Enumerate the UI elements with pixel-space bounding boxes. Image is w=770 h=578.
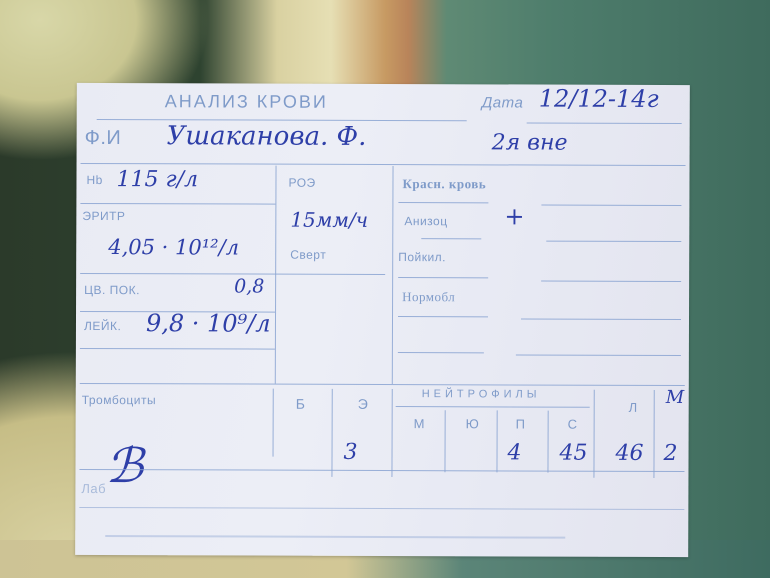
leukocytes-value: 9,8 · 10⁹/л	[146, 309, 271, 337]
platelets-label: Тромбоциты	[82, 393, 156, 407]
clotting-label: Сверт	[290, 248, 326, 262]
form-title: АНАЛИЗ КРОВИ	[165, 91, 328, 113]
bottom-label: Лаб	[81, 481, 106, 496]
formula-value-mono: 2	[663, 441, 677, 466]
anisocytosis-label: Анизоц	[404, 214, 447, 228]
formula-key-l: Л	[629, 400, 638, 415]
formula-key-mono: М	[666, 387, 685, 408]
formula-key-b: Б	[296, 396, 306, 412]
hb-label: Нb	[86, 173, 102, 187]
formula-key-e: Э	[358, 396, 369, 412]
anisocytosis-value: +	[504, 202, 524, 230]
date-label: Дата	[482, 94, 524, 111]
patient-name: Ушаканова. Ф.	[167, 121, 367, 152]
formula-value-l: 46	[615, 441, 643, 466]
neutrophils-group-label: НЕЙТРОФИЛЫ	[422, 388, 541, 400]
formula-value-p: 4	[507, 440, 521, 465]
poikilocytosis-label: Пойкил.	[398, 250, 446, 264]
color-index-label: ЦВ. ПОК.	[84, 283, 140, 297]
esr-label: РОЭ	[288, 176, 315, 190]
hb-value: 115 г/л	[116, 167, 198, 192]
leukocytes-label: ЛЕЙК.	[84, 319, 121, 333]
erythrocytes-value: 4,05 · 10¹²/л	[108, 235, 239, 259]
formula-key-yu: Ю	[466, 416, 480, 431]
formula-key-s: С	[568, 417, 578, 432]
formula-value-e: 3	[343, 440, 357, 465]
erythrocytes-label: ЭРИТР	[82, 209, 125, 223]
blood-test-form: АНАЛИЗ КРОВИ Дата 12/12-14г Ф.И Ушаканов…	[75, 83, 690, 557]
red-blood-label: Красн. кровь	[402, 176, 486, 192]
formula-value-s: 45	[559, 441, 587, 466]
color-index-value: 0,8	[234, 275, 264, 297]
esr-value: 15мм/ч	[290, 208, 368, 232]
formula-key-m: М	[414, 416, 425, 431]
name-label: Ф.И	[85, 127, 122, 150]
date-value: 12/12-14г	[539, 85, 659, 113]
normoblasts-label: Нормобл	[402, 289, 455, 305]
department-value: 2я вне	[492, 130, 568, 155]
formula-key-p: П	[516, 416, 526, 431]
platelets-signature: ℬ	[105, 438, 143, 494]
